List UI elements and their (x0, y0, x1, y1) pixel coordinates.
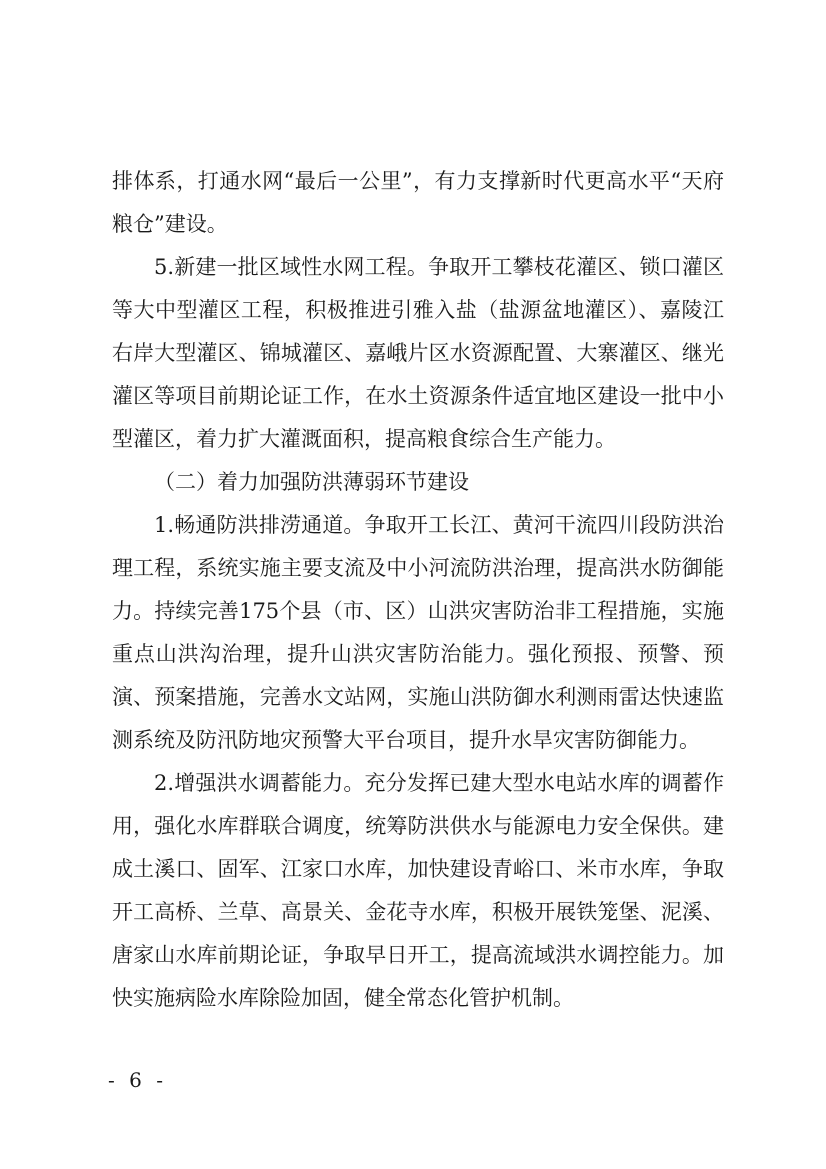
paragraph-flood-storage-capacity: 2.增强洪水调蓄能力。充分发挥已建大型水电站水库的调蓄作用，强化水库群联合调度，… (112, 762, 724, 1020)
document-body: 排体系，打通水网“最后一公里”，有力支撑新时代更高水平“天府粮仓”建设。 5.新… (112, 160, 724, 1020)
document-page: 排体系，打通水网“最后一公里”，有力支撑新时代更高水平“天府粮仓”建设。 5.新… (0, 0, 826, 1169)
paragraph-regional-water-network: 5.新建一批区域性水网工程。争取开工攀枝花灌区、锁口灌区等大中型灌区工程，积极推… (112, 246, 724, 461)
page-number: - 6 - (108, 1068, 167, 1092)
paragraph-continuation: 排体系，打通水网“最后一公里”，有力支撑新时代更高水平“天府粮仓”建设。 (112, 160, 724, 246)
paragraph-flood-drainage-channels: 1.畅通防洪排涝通道。争取开工长江、黄河干流四川段防洪治理工程，系统实施主要支流… (112, 504, 724, 762)
section-heading-flood-control: （二）着力加强防洪薄弱环节建设 (112, 461, 724, 504)
